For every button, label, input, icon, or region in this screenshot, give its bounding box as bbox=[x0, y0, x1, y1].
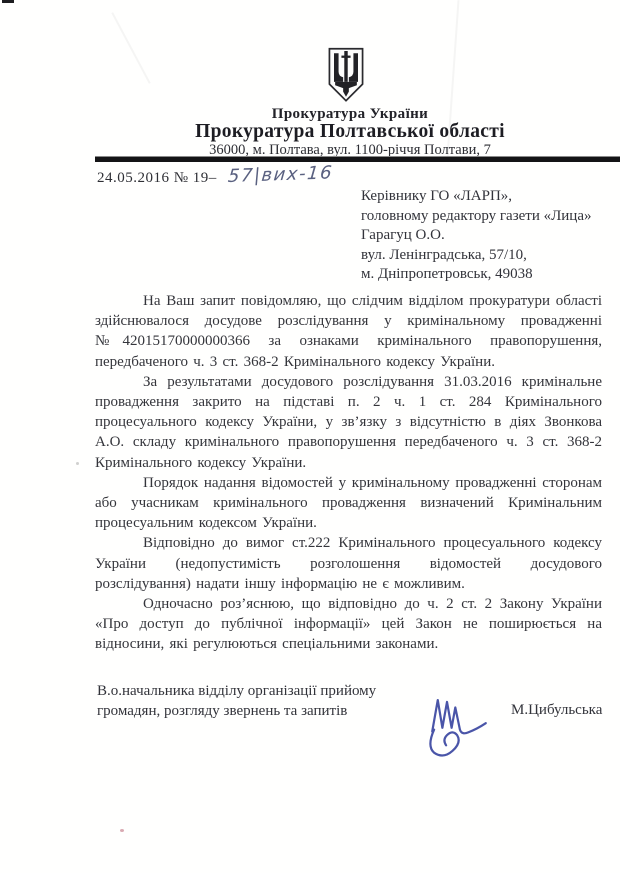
signoff-title: В.о.начальника відділу організації прийо… bbox=[97, 682, 376, 722]
scan-speck bbox=[76, 462, 79, 465]
scan-crease bbox=[111, 12, 150, 84]
signoff-title-line: В.о.начальника відділу організації прийо… bbox=[97, 682, 376, 702]
recipient-line: Керівнику ГО «ЛАРП», bbox=[361, 187, 592, 207]
recipient-block: Керівнику ГО «ЛАРП», головному редактору… bbox=[361, 187, 592, 285]
recipient-line: вул. Ленінградська, 57/10, bbox=[361, 246, 592, 266]
signoff-title-line: громадян, розгляду звернень та запитів bbox=[97, 702, 376, 722]
body-paragraph: Відповідно до вимог ст.222 Кримінального… bbox=[95, 533, 602, 594]
letter-body: На Ваш запит повідомляю, що слідчим відд… bbox=[95, 291, 602, 655]
signatory-name: М.Цибульська bbox=[511, 702, 602, 719]
handwritten-outgoing-number: 57|вих-16 bbox=[227, 162, 334, 187]
letterhead-divider bbox=[95, 156, 620, 162]
reference-line: 24.05.2016 № 19– 57|вих-16 bbox=[97, 166, 331, 187]
letterhead-office-name: Прокуратура Полтавської області bbox=[90, 121, 610, 143]
scan-speck bbox=[120, 829, 124, 832]
scanned-letter-page: Прокуратура України Прокуратура Полтавсь… bbox=[0, 0, 620, 873]
recipient-line: Гарагуц О.О. bbox=[361, 226, 592, 246]
body-paragraph: Одночасно роз’яснюю, що відповідно до ч.… bbox=[95, 594, 602, 655]
scan-artifact-dash bbox=[2, 0, 14, 3]
recipient-line: м. Дніпропетровськ, 49038 bbox=[361, 265, 592, 285]
recipient-line: головному редактору газети «Лица» bbox=[361, 207, 592, 227]
reference-date-number: 24.05.2016 № 19– bbox=[97, 170, 217, 186]
handwritten-signature-icon bbox=[426, 689, 492, 761]
body-paragraph: На Ваш запит повідомляю, що слідчим відд… bbox=[95, 291, 602, 372]
body-paragraph: За результатами досудового розслідування… bbox=[95, 372, 602, 473]
ukraine-trident-emblem-icon bbox=[326, 46, 366, 104]
body-paragraph: Порядок надання відомостей у кримінально… bbox=[95, 473, 602, 534]
